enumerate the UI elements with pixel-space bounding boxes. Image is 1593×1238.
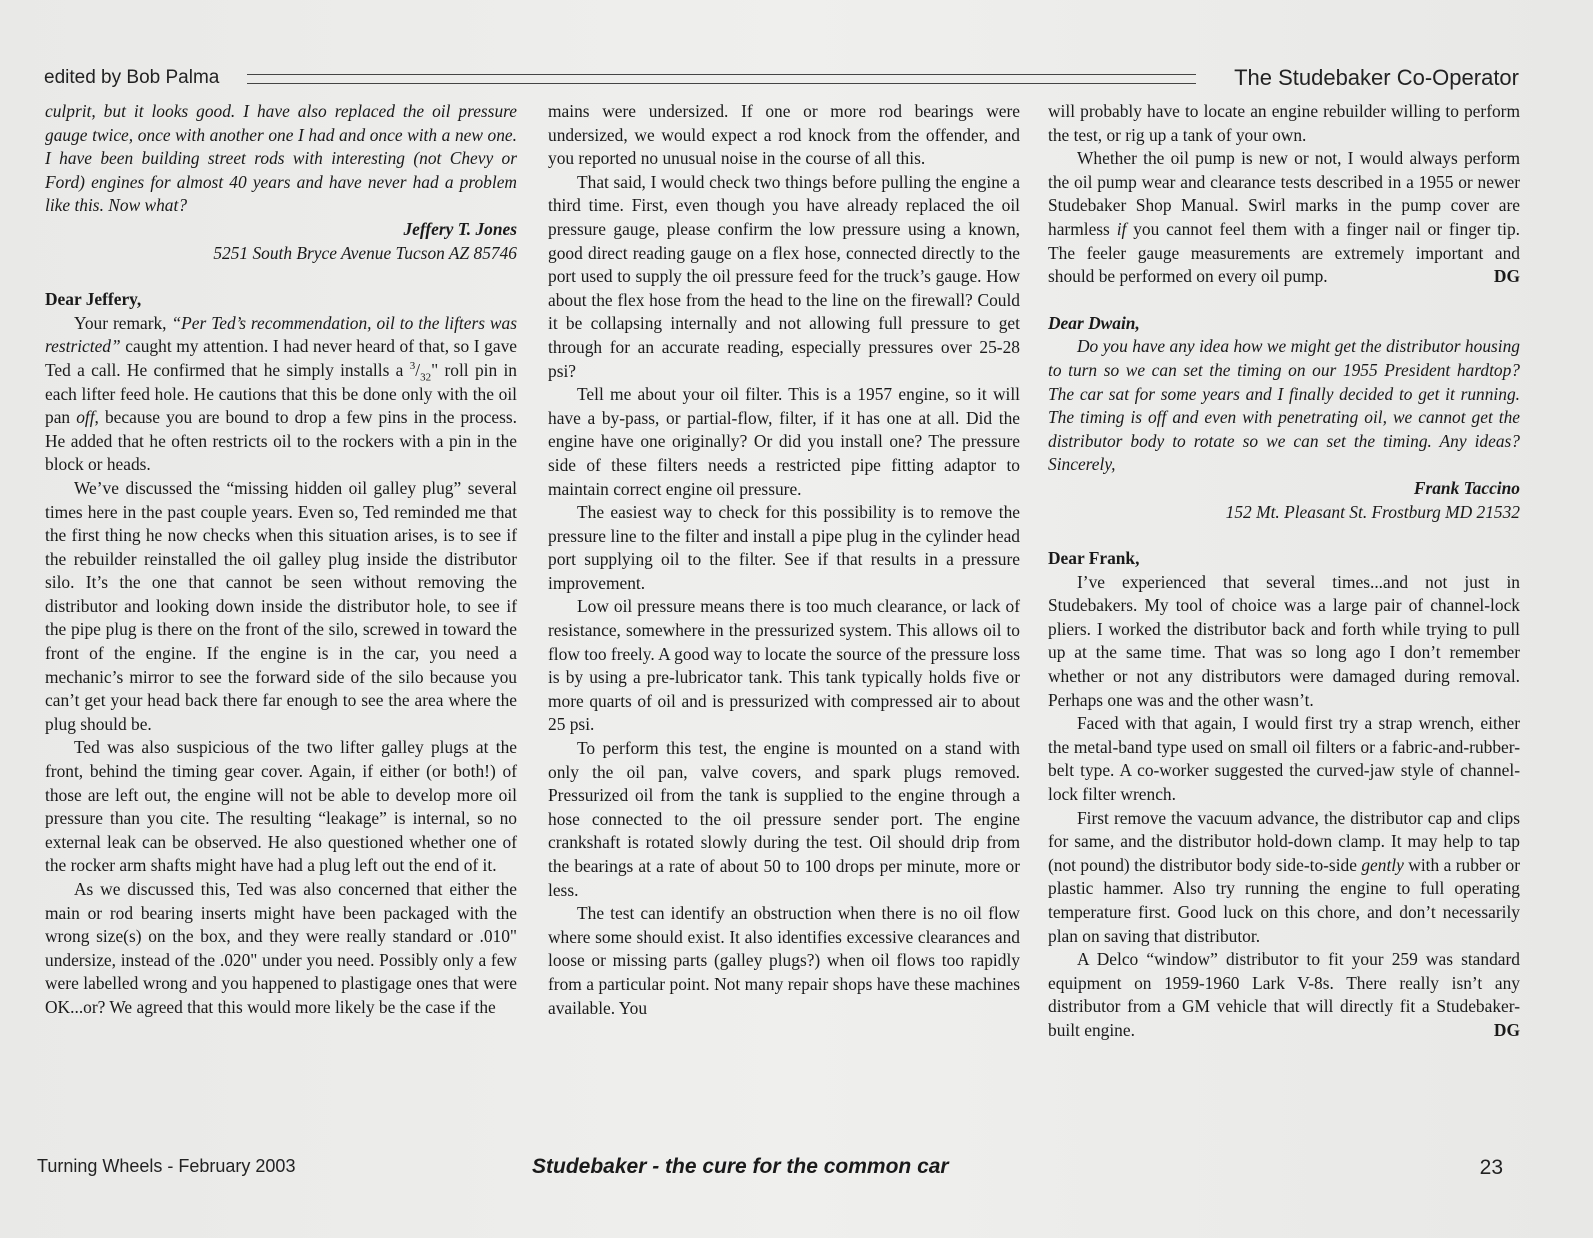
reply-1-paragraph: We’ve discussed the “missing hidden oil … (45, 477, 517, 737)
reply-2-paragraph: A Delco “window” distributor to fit your… (1048, 948, 1520, 1042)
letter-2-address: 152 Mt. Pleasant St. Frostburg MD 21532 (1048, 501, 1520, 525)
magazine-page: edited by Bob Palma The Studebaker Co-Op… (0, 0, 1593, 1238)
column-1: culprit, but it looks good. I have also … (45, 100, 517, 1020)
reply-1-paragraph: As we discussed this, Ted was also conce… (45, 878, 517, 1020)
publication-issue: Turning Wheels - February 2003 (37, 1156, 295, 1177)
text-run: A Delco “window” distributor to fit your… (1048, 949, 1520, 1040)
reply-1-paragraph: mains were undersized. If one or more ro… (548, 100, 1020, 171)
text-run: , because you are bound to drop a few pi… (45, 407, 517, 474)
author-initials: DG (1465, 265, 1520, 289)
page-footer: Turning Wheels - February 2003 Studebake… (37, 1156, 1503, 1186)
emphasis: off (76, 407, 94, 427)
reply-1-salutation: Dear Jeffery, (45, 288, 517, 312)
reply-1-paragraph: That said, I would check two things befo… (548, 171, 1020, 383)
page-number: 23 (1480, 1156, 1503, 1180)
emphasis: gently (1361, 855, 1404, 875)
page-header: edited by Bob Palma The Studebaker Co-Op… (44, 62, 1519, 94)
column-3: will probably have to locate an engine r… (1048, 100, 1520, 1043)
reply-1-paragraph: To perform this test, the engine is moun… (548, 737, 1020, 902)
reply-2-paragraph: Faced with that again, I would first try… (1048, 712, 1520, 806)
fraction-denominator: 32 (420, 371, 431, 383)
section-title: The Studebaker Co-Operator (1234, 65, 1519, 91)
editor-credit: edited by Bob Palma (44, 67, 219, 89)
letter-2-salutation: Dear Dwain, (1048, 312, 1520, 336)
letter-1-signature: Jeffery T. Jones (45, 218, 517, 242)
reply-2-paragraph: I’ve experienced that several times...an… (1048, 571, 1520, 713)
footer-slogan: Studebaker - the cure for the common car (532, 1155, 949, 1179)
emphasis: if (1117, 219, 1127, 239)
text-run: Your remark, (74, 313, 171, 333)
reply-1-paragraph: Low oil pressure means there is too much… (548, 595, 1020, 737)
letter-2-body: Do you have any idea how we might get th… (1048, 335, 1520, 477)
letter-1-tail: culprit, but it looks good. I have also … (45, 100, 517, 218)
reply-2-paragraph: First remove the vacuum advance, the dis… (1048, 807, 1520, 949)
reply-1-paragraph: Ted was also suspicious of the two lifte… (45, 736, 517, 878)
fraction-numerator: 3 (410, 360, 416, 372)
author-initials: DG (1465, 1019, 1520, 1043)
letter-1-address: 5251 South Bryce Avenue Tucson AZ 85746 (45, 242, 517, 266)
header-double-rule (247, 74, 1196, 84)
column-2: mains were undersized. If one or more ro… (548, 100, 1020, 1020)
reply-1-paragraph: Tell me about your oil filter. This is a… (548, 383, 1020, 501)
reply-1-paragraph: Your remark, “Per Ted’s recommendation, … (45, 312, 517, 477)
reply-1-paragraph: The test can identify an obstruction whe… (548, 902, 1020, 1020)
letter-2-signature: Frank Taccino (1048, 477, 1520, 501)
reply-1-paragraph: The easiest way to check for this possib… (548, 501, 1020, 595)
reply-1-paragraph: Whether the oil pump is new or not, I wo… (1048, 147, 1520, 289)
reply-1-paragraph: will probably have to locate an engine r… (1048, 100, 1520, 147)
reply-2-salutation: Dear Frank, (1048, 547, 1520, 571)
